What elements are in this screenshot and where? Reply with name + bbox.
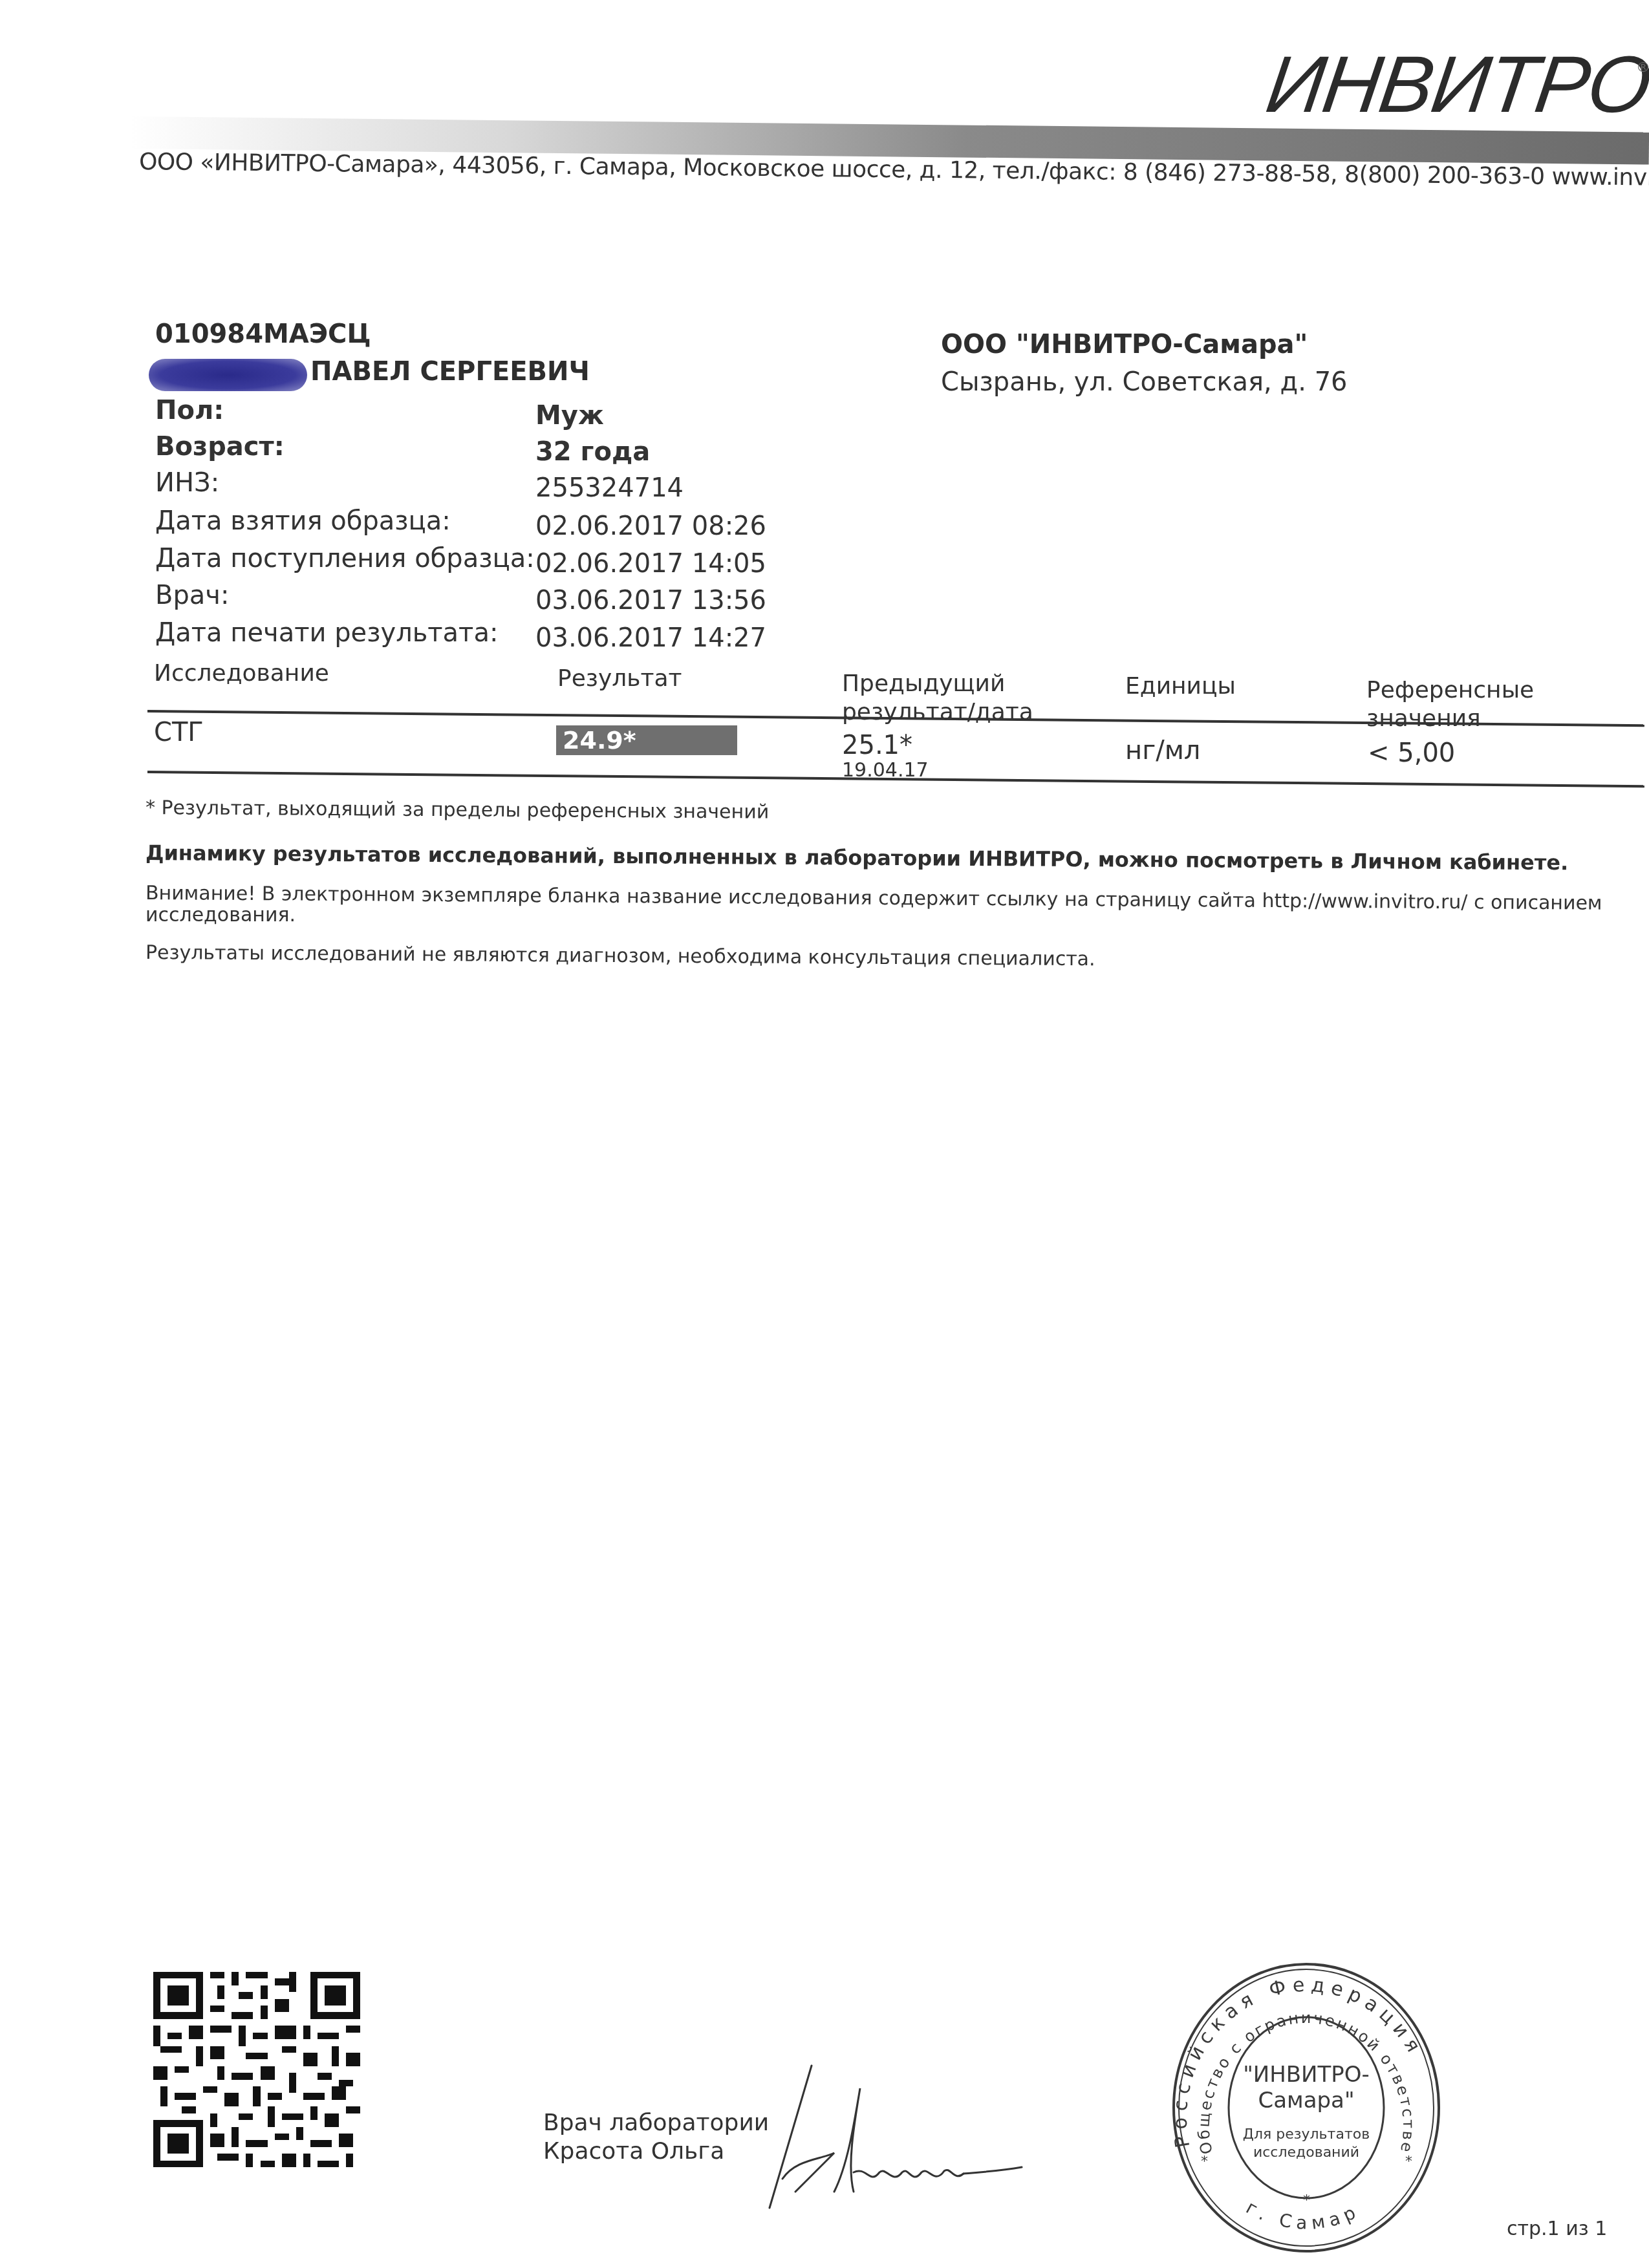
cell-units: нг/мл	[1125, 736, 1200, 765]
field-value: 32 года	[535, 437, 650, 467]
field-value: 03.06.2017 13:56	[535, 586, 766, 615]
field-label: Врач:	[155, 581, 229, 610]
lab-doctor-block: Врач лаборатории Красота Ольга	[543, 2109, 769, 2166]
field-value: 02.06.2017 08:26	[535, 511, 766, 541]
patient-code: 010984МАЭСЦ	[155, 319, 371, 349]
invitro-logo: ИНВИТРО	[1261, 39, 1649, 131]
field-value: 255324714	[535, 473, 684, 503]
stamp-center-line3: Для результатов	[1243, 2126, 1370, 2143]
col-header-previous-line1: Предыдущий	[842, 670, 1033, 698]
stamp-center-line1: "ИНВИТРО-	[1243, 2062, 1370, 2088]
signature-icon	[757, 2062, 1028, 2211]
cell-previous-value: 25.1*	[842, 731, 912, 760]
footnote-out-of-range: * Результат, выходящий за пределы рефере…	[145, 797, 769, 824]
page-number: стр.1 из 1	[1507, 2218, 1607, 2240]
stamp-center-line2: Самара"	[1258, 2088, 1354, 2113]
doctor-name: Красота Ольга	[543, 2137, 769, 2166]
dynamics-note: Динамику результатов исследований, выпол…	[145, 840, 1569, 875]
disclaimer-note: Результаты исследований не являются диаг…	[145, 941, 1095, 970]
col-header-test: Исследование	[154, 659, 329, 688]
stamp-star-left: *	[1201, 2154, 1208, 2170]
field-label: ИНЗ:	[155, 468, 219, 498]
cell-reference: < 5,00	[1368, 738, 1455, 768]
patient-name: ПАВЕЛ СЕРГЕЕВИЧ	[310, 357, 590, 387]
stamp-star-bottom: *	[1303, 2192, 1310, 2209]
col-header-units: Единицы	[1125, 672, 1236, 701]
redacted-surname	[149, 359, 307, 391]
stamp-star-right: *	[1405, 2154, 1412, 2170]
field-label: Возраст:	[155, 432, 285, 462]
cell-test-name: СТГ	[154, 718, 204, 747]
stamp-center-line4: исследований	[1253, 2145, 1359, 2161]
field-label: Пол:	[155, 396, 224, 425]
attention-note-line2: исследования.	[145, 904, 296, 926]
doctor-title: Врач лаборатории	[543, 2109, 769, 2137]
attention-note-line1: Внимание! В электронном экземпляре бланк…	[145, 882, 1602, 915]
lab-name: ООО "ИНВИТРО-Самара"	[941, 330, 1308, 359]
col-header-result: Результат	[557, 665, 682, 693]
field-label: Дата печати результата:	[155, 618, 498, 648]
field-label: Дата взятия образца:	[155, 506, 451, 536]
lab-address: Сызрань, ул. Советская, д. 76	[941, 367, 1348, 397]
result-value-flagged: 24.9*	[556, 725, 737, 755]
field-value: 02.06.2017 14:05	[535, 549, 766, 579]
field-value: 03.06.2017 14:27	[535, 623, 766, 653]
registered-mark: ®	[1636, 59, 1649, 76]
field-label: Дата поступления образца:	[155, 544, 535, 573]
qr-code-icon	[153, 1972, 360, 2167]
col-header-previous-line2: результат/дата	[842, 698, 1033, 727]
official-stamp-icon: Российская Федерация Общество с ограниче…	[1161, 1952, 1452, 2256]
field-value: Муж	[535, 401, 604, 431]
